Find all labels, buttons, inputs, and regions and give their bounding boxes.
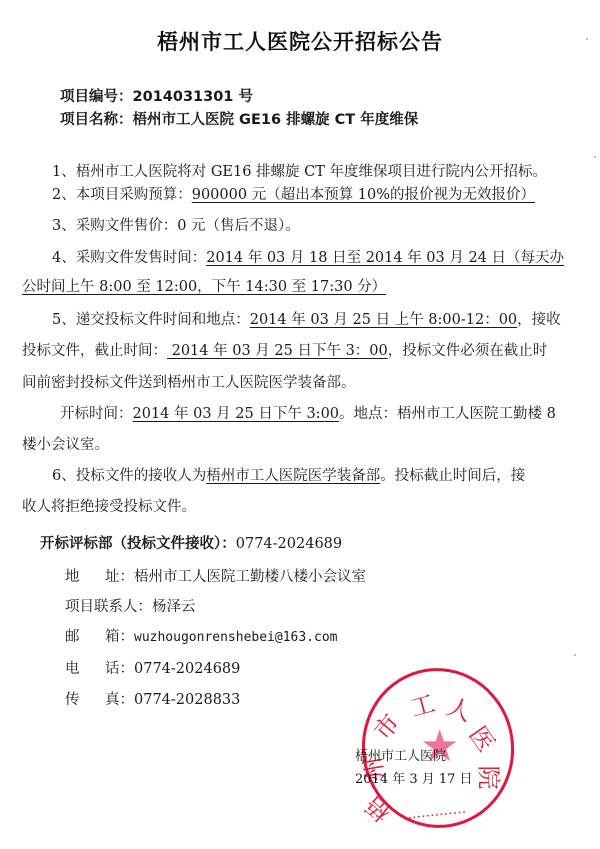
signature-org: 梧州市工人医院 [355, 745, 446, 764]
project-number-value: 2014031301 号 [133, 89, 253, 105]
item-5-cont-1: 投标文件，截止时间： 2014 年 03 月 25 日下午 3：00，投标文件必… [22, 342, 547, 360]
project-number: 项目编号：2014031301 号 [60, 88, 253, 106]
item-6-suffix: 。投标截止时间后，接 [380, 468, 525, 484]
scan-speck [594, 156, 596, 158]
project-name: 项目名称：梧州市工人医院 GE16 排螺旋 CT 年度维保 [60, 111, 418, 129]
opening-location: 。地点：梧州市工人医院工勤楼 8 [339, 406, 556, 422]
item-2-label: 2、本项目采购预算： [52, 187, 192, 203]
deadline-value: 2014 年 03 月 25 日下午 3：00 [167, 343, 388, 359]
opening-time: 2014 年 03 月 25 日下午 3:00 [133, 406, 340, 422]
email-label-a: 邮 [65, 628, 105, 646]
item-2: 2、本项目采购预算：900000 元（超出本预算 10%的报价视为无效报价） [52, 186, 535, 204]
seal-char-7: 院 [474, 766, 509, 790]
email-value: wuzhougonrenshebei@163.com [134, 630, 338, 645]
item-4: 4、采购文件发售时间：2014 年 03 月 18 日至 2014 年 03 月… [52, 249, 564, 267]
opening-label: 开标时间： [60, 406, 133, 422]
scan-speck [574, 654, 576, 656]
opening: 开标时间：2014 年 03 月 25 日下午 3:00。地点：梧州市工人医院工… [60, 405, 556, 423]
address-label-a: 地 [65, 568, 105, 586]
item-6-label: 6、投标文件的接收人为 [52, 468, 206, 484]
item-4-cont: 公时间上午 8:00 至 12:00，下午 14:30 至 17:30 分） [22, 278, 386, 296]
address-label-b: 址： [105, 569, 134, 585]
item-5-cont-2: 间前密封投标文件送到梧州市工人医院医学装备部。 [22, 374, 356, 392]
contact-person-row: 项目联系人：杨泽云 [65, 598, 196, 616]
item-5-suffix: ，接收 [517, 312, 561, 328]
signature-date: 2014 年 3 月 17 日 [355, 768, 473, 787]
item-6: 6、投标文件的接收人为梧州市工人医院医学装备部。投标截止时间后，接 [52, 467, 525, 485]
project-number-label: 项目编号： [60, 89, 133, 105]
address-row: 地址：梧州市工人医院工勤楼八楼小会议室 [65, 568, 366, 586]
scan-speck [586, 38, 588, 40]
item-3: 3、采购文件售价：0 元（售后不退）。 [52, 217, 300, 235]
email-label-b: 箱： [105, 629, 134, 645]
item-5: 5、递交投标文件时间和地点：2014 年 03 月 25 日 上午 8:00-1… [52, 311, 561, 329]
item-6-cont: 收人将拒绝接受投标文件。 [22, 498, 196, 516]
opening-cont: 楼小会议室。 [22, 436, 109, 454]
item-1: 1、梧州市工人医院将对 GE16 排螺旋 CT 年度维保项目进行院内公开招标。 [52, 163, 547, 181]
project-name-label: 项目名称： [60, 112, 133, 128]
fax-label-a: 传 [65, 691, 105, 709]
phone-label-b: 话： [105, 661, 134, 677]
dept-phone: 0774-2024689 [236, 536, 342, 552]
sale-period: 2014 年 03 月 18 日至 2014 年 03 月 24 日（每天办 [206, 250, 564, 266]
item-4-label: 4、采购文件发售时间： [52, 250, 206, 266]
deadline-suffix: ，投标文件必须在截止时 [388, 343, 548, 359]
person-value: 杨泽云 [152, 599, 196, 615]
address-value: 梧州市工人医院工勤楼八楼小会议室 [134, 569, 366, 585]
office-hours: 公时间上午 8:00 至 12:00，下午 14:30 至 17:30 分） [22, 279, 386, 295]
submission-time: 2014 年 03 月 25 日 上午 8:00-12：00 [250, 312, 517, 328]
item-5-label: 5、递交投标文件时间和地点： [52, 312, 250, 328]
page-title: 梧州市工人医院公开招标公告 [0, 26, 600, 56]
dept-label: 开标评标部（投标文件接收）： [40, 536, 236, 552]
deadline-label: 投标文件，截止时间： [22, 343, 167, 359]
email-row: 邮箱：wuzhougonrenshebei@163.com [65, 628, 338, 647]
fax-label-b: 真： [105, 692, 134, 708]
phone-row: 电话：0774-2024689 [65, 660, 240, 678]
fax-row: 传真：0774-2028833 [65, 691, 240, 709]
receiver: 梧州市工人医院医学装备部 [206, 468, 380, 484]
budget-value: 900000 元（超出本预算 10%的报价视为无效报价） [192, 187, 535, 203]
project-name-value: 梧州市工人医院 GE16 排螺旋 CT 年度维保 [133, 112, 419, 128]
person-label: 项目联系人： [65, 599, 152, 615]
phone-label-a: 电 [65, 660, 105, 678]
phone-value: 0774-2024689 [134, 661, 240, 677]
dept-contact: 开标评标部（投标文件接收）：0774-2024689 [40, 535, 342, 553]
fax-value: 0774-2028833 [134, 692, 240, 708]
